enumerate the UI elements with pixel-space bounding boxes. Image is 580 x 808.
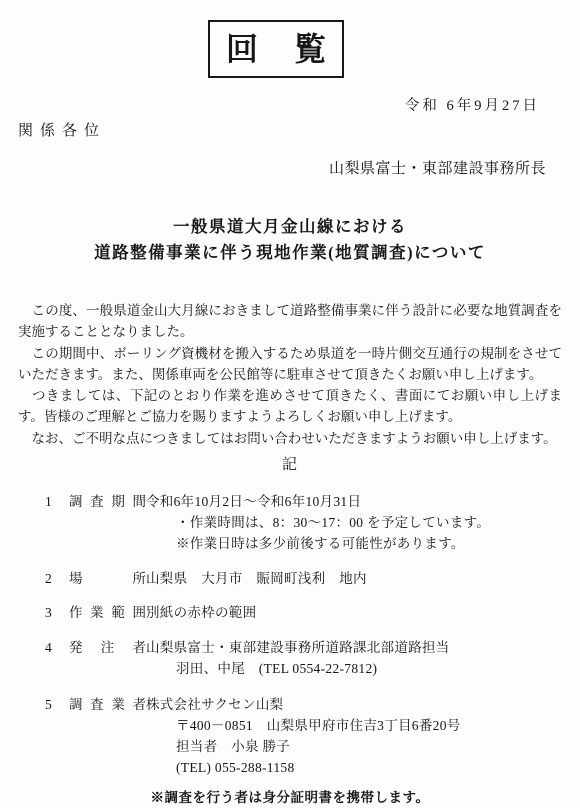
body-paragraph-3: つきましては、下記のとおり作業を進めさせて頂きたく、書面にてお願い申し上げます。…	[18, 385, 562, 428]
item-label: 調査期間	[69, 491, 146, 512]
item-work-area: 3作業範囲別紙の赤枠の範囲	[18, 602, 562, 623]
title-line-1: 一般県道大月金山線における	[18, 214, 562, 240]
item-label: 作業範囲	[69, 602, 146, 623]
item-subline-contact-person: 担当者 小泉 勝子	[176, 736, 562, 757]
item-value: 株式会社サクセン山梨	[146, 697, 283, 712]
item-contractor: 5調査業者株式会社サクセン山梨〒400－0851 山梨県甲府市住吉3丁目6番20…	[18, 694, 562, 778]
body-paragraph-2: この期間中、ボーリング資機材を搬入するため県道を一時片側交互通行の規制をさせてい…	[18, 343, 562, 386]
item-number: 5	[45, 694, 69, 715]
body-text: この度、一般県道金山大月線におきまして道路整備事業に伴う設計に必要な地質調査を実…	[18, 300, 562, 449]
item-number: 1	[45, 491, 69, 512]
stamp-char-ran: 覧	[294, 33, 326, 65]
body-paragraph-4: なお、ご不明な点につきましてはお問い合わせいただきますようお願い申し上げます。	[18, 428, 562, 449]
item-number: 4	[45, 637, 69, 658]
record-heading: 記	[18, 455, 562, 476]
item-number: 2	[45, 568, 69, 589]
body-paragraph-1: この度、一般県道金山大月線におきまして道路整備事業に伴う設計に必要な地質調査を実…	[18, 300, 562, 343]
item-value: 山梨県 大月市 賑岡町浅利 地内	[146, 571, 367, 586]
item-value: 山梨県富士・東部建設事務所道路課北部道路担当	[146, 640, 450, 655]
footnote: ※調査を行う者は身分証明書を携帯します。	[18, 787, 562, 808]
issue-date: 令和 6年9月27日	[18, 96, 562, 116]
items-list: 1調査期間令和6年10月2日～令和6年10月31日・作業時間は、8：30～17：…	[18, 491, 562, 778]
item-subline-schedule-note: ※作業日時は多少前後する可能性があります。	[176, 533, 562, 554]
addressee: 関係各位	[18, 120, 562, 142]
item-label: 調査業者	[69, 694, 146, 715]
item-orderer: 4発注者山梨県富士・東部建設事務所道路課北部道路担当羽田、中尾 (TEL 055…	[18, 637, 562, 679]
item-subline-phone: (TEL) 055-288-1158	[176, 757, 562, 778]
item-survey-period: 1調査期間令和6年10月2日～令和6年10月31日・作業時間は、8：30～17：…	[18, 491, 562, 554]
item-subline-contact-persons: 羽田、中尾 (TEL 0554-22-7812)	[176, 658, 562, 679]
document-title: 一般県道大月金山線における 道路整備事業に伴う現地作業(地質調査)について	[18, 214, 562, 266]
item-label: 発注者	[69, 637, 146, 658]
item-subline-address: 〒400－0851 山梨県甲府市住吉3丁目6番20号	[176, 715, 562, 736]
circulation-stamp-box: 回覧	[208, 20, 344, 78]
sender: 山梨県富士・東部建設事務所長	[18, 159, 562, 180]
item-value: 別紙の赤枠の範囲	[146, 605, 256, 620]
item-value: 令和6年10月2日～令和6年10月31日	[146, 494, 361, 509]
title-line-2: 道路整備事業に伴う現地作業(地質調査)について	[18, 240, 562, 266]
item-number: 3	[45, 602, 69, 623]
item-location: 2場所山梨県 大月市 賑岡町浅利 地内	[18, 568, 562, 589]
item-subline-work-hours: ・作業時間は、8：30～17：00 を予定しています。	[176, 512, 562, 533]
item-label: 場所	[69, 568, 146, 589]
document-page: 回覧 令和 6年9月27日 関係各位 山梨県富士・東部建設事務所長 一般県道大月…	[0, 0, 580, 808]
stamp-char-kai: 回	[226, 33, 258, 65]
